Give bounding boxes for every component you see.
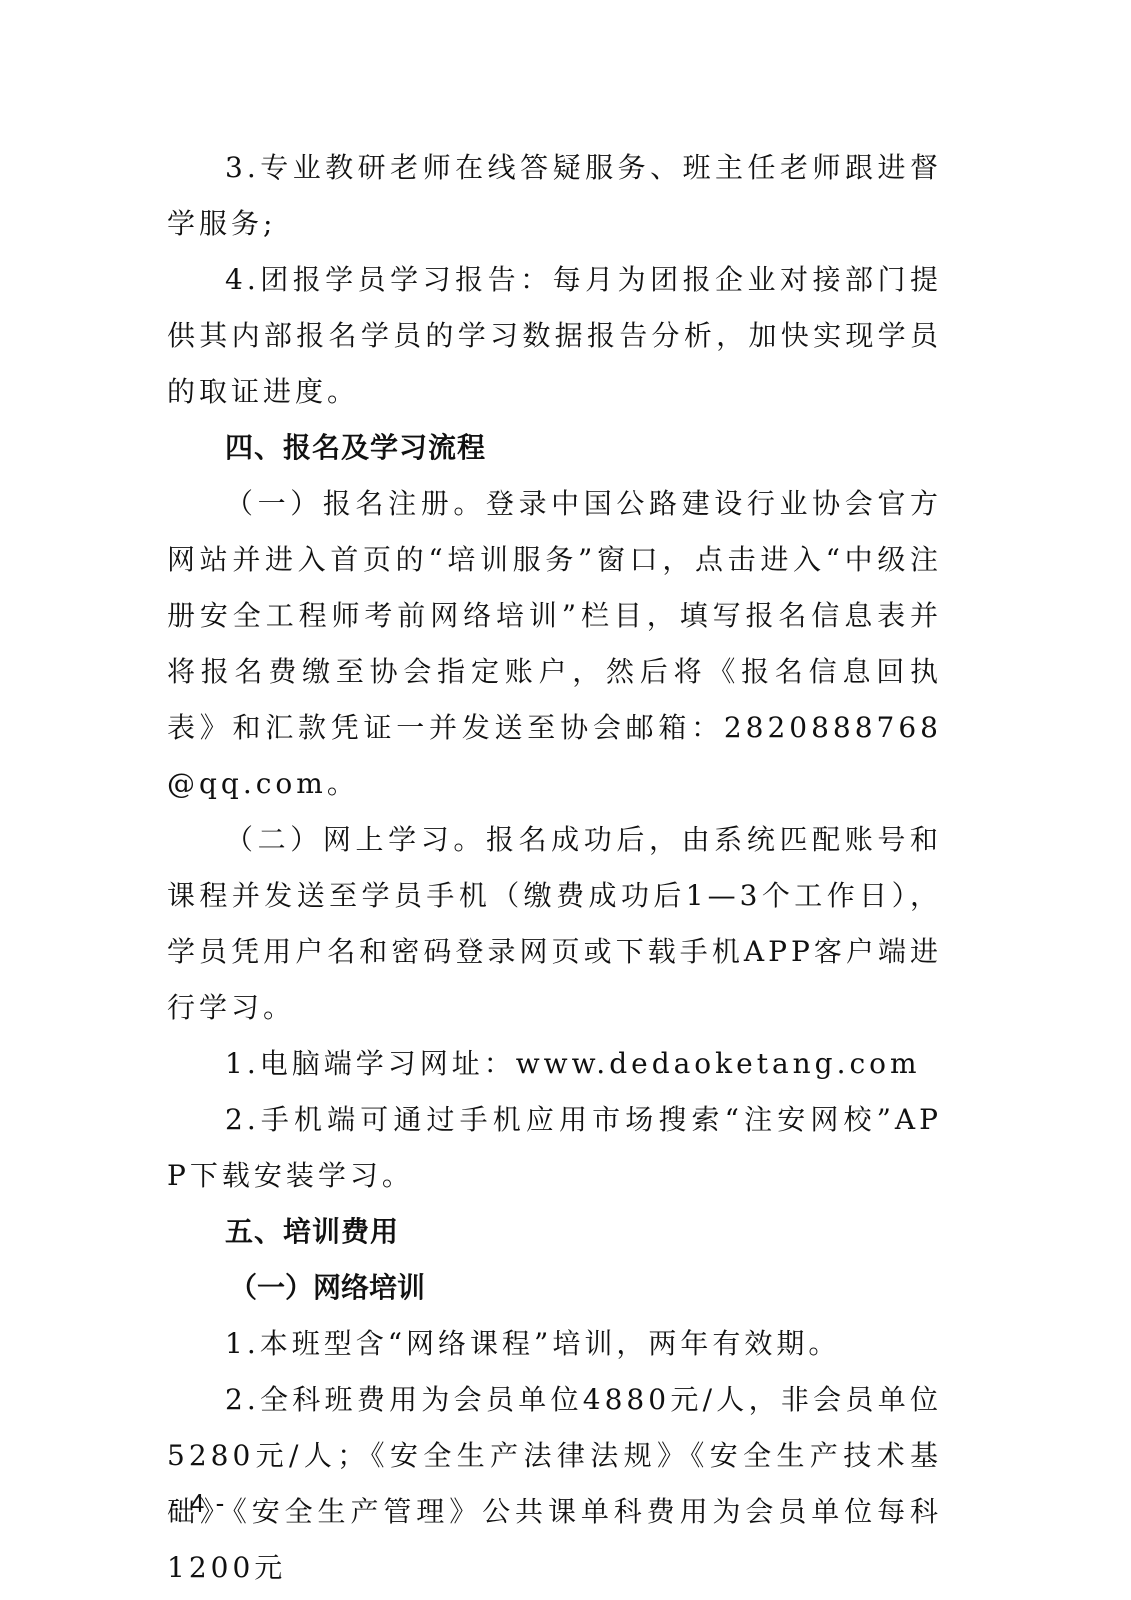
paragraph-mobile-app: 2.手机端可通过手机应用市场搜索“注安网校”APP下载安装学习。 bbox=[167, 1092, 942, 1204]
paragraph-service-3: 3.专业教研老师在线答疑服务、班主任老师跟进督学服务; bbox=[167, 140, 942, 252]
section-heading-registration-process: 四、报名及学习流程 bbox=[167, 420, 942, 476]
paragraph-service-4: 4.团报学员学习报告：每月为团报企业对接部门提供其内部报名学员的学习数据报告分析… bbox=[167, 252, 942, 420]
subheading-online-training: （一）网络培训 bbox=[167, 1260, 942, 1316]
document-page: 3.专业教研老师在线答疑服务、班主任老师跟进督学服务; 4.团报学员学习报告：每… bbox=[167, 140, 942, 1596]
paragraph-online-study: （二）网上学习。报名成功后，由系统匹配账号和课程并发送至学员手机（缴费成功后1—… bbox=[167, 812, 942, 1036]
paragraph-fee-item-1: 1.本班型含“网络课程”培训，两年有效期。 bbox=[167, 1316, 942, 1372]
paragraph-registration: （一）报名注册。登录中国公路建设行业协会官方网站并进入首页的“培训服务”窗口，点… bbox=[167, 476, 942, 812]
page-number: - 4 - bbox=[170, 1488, 226, 1519]
paragraph-fee-item-2: 2.全科班费用为会员单位4880元/人，非会员单位5280元/人；《安全生产法律… bbox=[167, 1372, 942, 1596]
section-heading-training-fees: 五、培训费用 bbox=[167, 1204, 942, 1260]
paragraph-pc-url: 1.电脑端学习网址：www.dedaoketang.com bbox=[167, 1036, 942, 1092]
